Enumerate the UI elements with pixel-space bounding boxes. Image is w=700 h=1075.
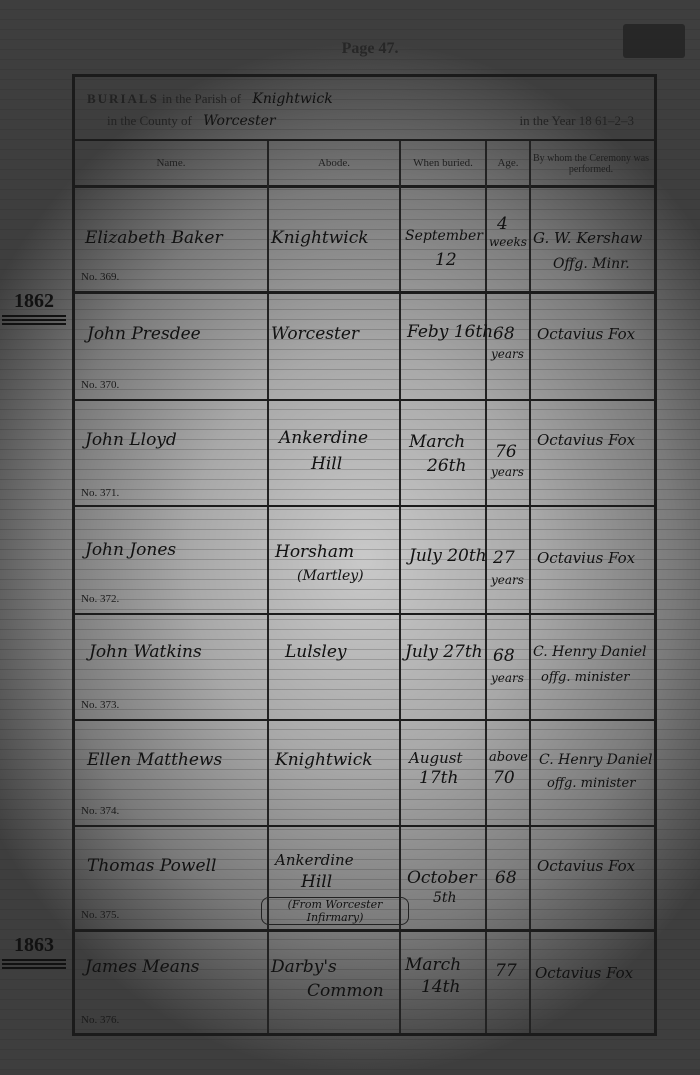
entry-abode: Horsham	[275, 541, 354, 563]
register-entry: Elizabeth Baker Knightwick September 12 …	[75, 187, 654, 291]
col-header-when-buried: When buried.	[401, 157, 485, 169]
entry-date-day: 17th	[419, 767, 458, 789]
entry-abode: Lulsley	[285, 641, 347, 663]
register-entry: John Lloyd Ankerdine Hill March 26th 76 …	[75, 401, 654, 505]
entry-age: 68	[493, 645, 515, 667]
margin-year-1863: 1863	[2, 934, 66, 971]
entry-abode-note: Hill	[311, 453, 342, 475]
margin-year-1862: 1862	[2, 290, 66, 327]
entry-officiant: Octavius Fox	[537, 323, 635, 345]
entry-date-day: 26th	[427, 455, 466, 477]
header-divider	[75, 139, 654, 141]
col-header-age: Age.	[487, 157, 529, 169]
title-prefix: BURIALS	[87, 91, 159, 106]
entry-age: 77	[495, 960, 517, 982]
entry-officiant-title: offg. minister	[541, 667, 629, 689]
entry-number: No. 370.	[81, 379, 119, 391]
county-value: Worcester	[203, 113, 275, 129]
entry-age-unit: weeks	[489, 231, 527, 253]
entry-age: above	[489, 747, 528, 769]
entry-abode: Ankerdine	[275, 849, 354, 871]
entry-age-unit: years	[491, 461, 524, 483]
entry-age: 27	[493, 547, 515, 569]
entry-age: 76	[495, 441, 517, 463]
entry-date: October	[407, 867, 477, 889]
entry-name: Thomas Powell	[87, 855, 216, 877]
entry-number: No. 372.	[81, 593, 119, 605]
entry-age-unit: years	[491, 667, 524, 689]
title-rest: in the Parish of	[162, 91, 241, 106]
entry-date-day: 5th	[433, 887, 457, 909]
entry-officiant: Octavius Fox	[537, 855, 635, 877]
entry-age-unit: years	[491, 569, 524, 591]
entry-age: 68	[493, 323, 515, 345]
entry-number: No. 371.	[81, 487, 119, 499]
parish-value: Knightwick	[252, 91, 332, 107]
entry-abode-source: (From Worcester Infirmary)	[261, 897, 409, 925]
entry-date: July 20th	[409, 545, 487, 567]
entry-age-unit: years	[491, 343, 524, 365]
entry-date: September	[405, 225, 483, 247]
entry-officiant-title: offg. minister	[547, 773, 635, 795]
entry-abode: Knightwick	[275, 749, 373, 771]
entry-officiant: C. Henry Daniel	[539, 749, 653, 771]
entry-name: James Means	[85, 956, 200, 978]
entry-officiant-title: Offg. Minr.	[553, 253, 630, 275]
entry-number: No. 376.	[81, 1014, 119, 1026]
entry-number: No. 374.	[81, 805, 119, 817]
register-title: BURIALS in the Parish of Knightwick	[87, 91, 333, 107]
entry-date: August	[409, 747, 462, 769]
entry-date-day: 14th	[421, 976, 460, 998]
struck-out-year	[2, 315, 66, 327]
entry-abode: Worcester	[271, 323, 359, 345]
entry-date: July 27th	[405, 641, 483, 663]
entry-abode: Darby's	[271, 956, 337, 978]
entry-officiant: Octavius Fox	[537, 429, 635, 451]
entry-name: Ellen Matthews	[87, 749, 222, 771]
page-number: Page 47.	[0, 40, 700, 58]
burial-register-table: BURIALS in the Parish of Knightwick in t…	[72, 74, 657, 1036]
col-header-abode: Abode.	[269, 157, 399, 169]
margin-year-label: 1862	[14, 290, 54, 312]
county-label: in the County of	[107, 113, 192, 128]
margin-year-label: 1863	[14, 934, 54, 956]
entry-abode: Ankerdine	[279, 427, 368, 449]
entry-number: No. 373.	[81, 699, 119, 711]
entry-name: John Watkins	[89, 641, 202, 663]
col-header-name: Name.	[75, 157, 267, 169]
entry-age-unit: 70	[493, 767, 515, 789]
corner-tab	[623, 24, 685, 58]
entry-officiant: C. Henry Daniel	[533, 641, 647, 663]
entry-officiant: Octavius Fox	[537, 547, 635, 569]
entry-date-day: 12	[435, 249, 457, 271]
entry-name: Elizabeth Baker	[85, 227, 223, 249]
entry-date: Feby 16th	[407, 321, 493, 343]
col-header-officiant: By whom the Ceremony was performed.	[531, 153, 651, 175]
register-entry: James Means Darby's Common March 14th 77…	[75, 932, 654, 1036]
entry-officiant: G. W. Kershaw	[533, 227, 642, 249]
entry-name: John Lloyd	[85, 429, 177, 451]
entry-number: No. 375.	[81, 909, 119, 921]
year-label: in the Year 18 61–2–3	[520, 113, 634, 129]
county-line: in the County of Worcester	[107, 113, 276, 129]
entry-officiant: Octavius Fox	[535, 962, 633, 984]
entry-date: March	[409, 431, 465, 453]
struck-out-year	[2, 959, 66, 971]
register-entry: Ellen Matthews Knightwick August 17th ab…	[75, 721, 654, 825]
entry-abode-note: (Martley)	[297, 565, 364, 587]
entry-abode-note: Hill	[301, 871, 332, 893]
entry-age: 68	[495, 867, 517, 889]
register-entry: Thomas Powell Ankerdine Hill (From Worce…	[75, 827, 654, 929]
register-entry: John Presdee Worcester Feby 16th 68 year…	[75, 293, 654, 399]
entry-abode: Knightwick	[271, 227, 369, 249]
entry-date: March	[405, 954, 461, 976]
entry-name: John Presdee	[87, 323, 201, 345]
entry-abode-note: Common	[307, 980, 384, 1002]
register-entry: John Jones Horsham (Martley) July 20th 2…	[75, 507, 654, 613]
entry-number: No. 369.	[81, 271, 119, 283]
register-entry: John Watkins Lulsley July 27th 68 years …	[75, 615, 654, 719]
entry-name: John Jones	[85, 539, 176, 561]
